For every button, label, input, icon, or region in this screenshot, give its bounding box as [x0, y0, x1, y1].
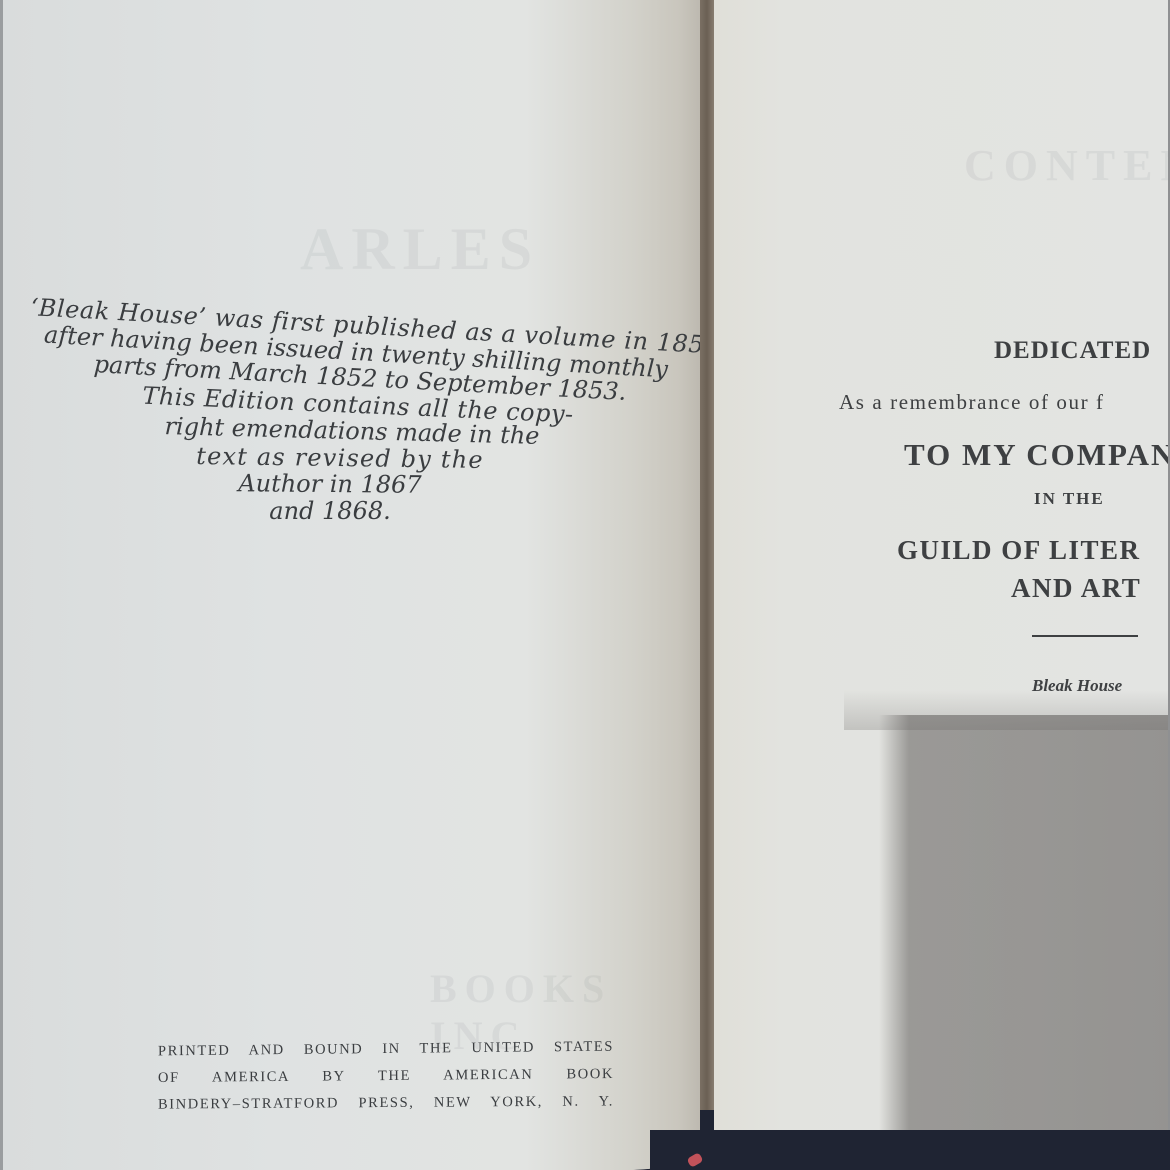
imprint-line: BINDERY–STRATFORD PRESS, NEW YORK, N. Y.: [158, 1088, 614, 1118]
dedication-art: AND ART: [1011, 573, 1141, 604]
dedication-rule-divider: [1032, 635, 1138, 637]
imprint-line: OF AMERICA BY THE AMERICAN BOOK: [158, 1061, 614, 1092]
dedication-companions: TO MY COMPAN: [904, 437, 1170, 473]
dedication-in-the: IN THE: [1034, 489, 1105, 509]
dedication-block: DEDICATED As a remembrance of our f TO M…: [714, 0, 1170, 760]
hand-shadow: [879, 715, 1170, 1140]
dedication-signature: Bleak House: [1032, 676, 1122, 696]
colophon-line: and 1868.: [10, 498, 650, 525]
printer-imprint: PRINTED AND BOUND IN THE UNITED STATES O…: [158, 1036, 614, 1117]
colophon-line: Author in 1867: [10, 468, 650, 500]
publication-history-note: ‘Bleak House’ was first published as a v…: [40, 312, 680, 524]
dedication-guild: GUILD OF LITER: [897, 535, 1141, 566]
book-gutter: [700, 0, 714, 1110]
book-cover: [650, 1130, 720, 1170]
right-page-dedication: CONTENTS DEDICATED As a remembrance of o…: [714, 0, 1170, 1140]
open-book-photo: ARLES BOOKS INC ‘Bleak House’ was first …: [0, 0, 1170, 1170]
dedication-remembrance: As a remembrance of our f: [839, 390, 1105, 415]
left-page-colophon: ARLES BOOKS INC ‘Bleak House’ was first …: [0, 0, 700, 1170]
book-cover: [714, 1130, 1170, 1170]
dedication-title: DEDICATED: [994, 337, 1151, 365]
bleed-through-text: ARLES: [300, 215, 540, 284]
